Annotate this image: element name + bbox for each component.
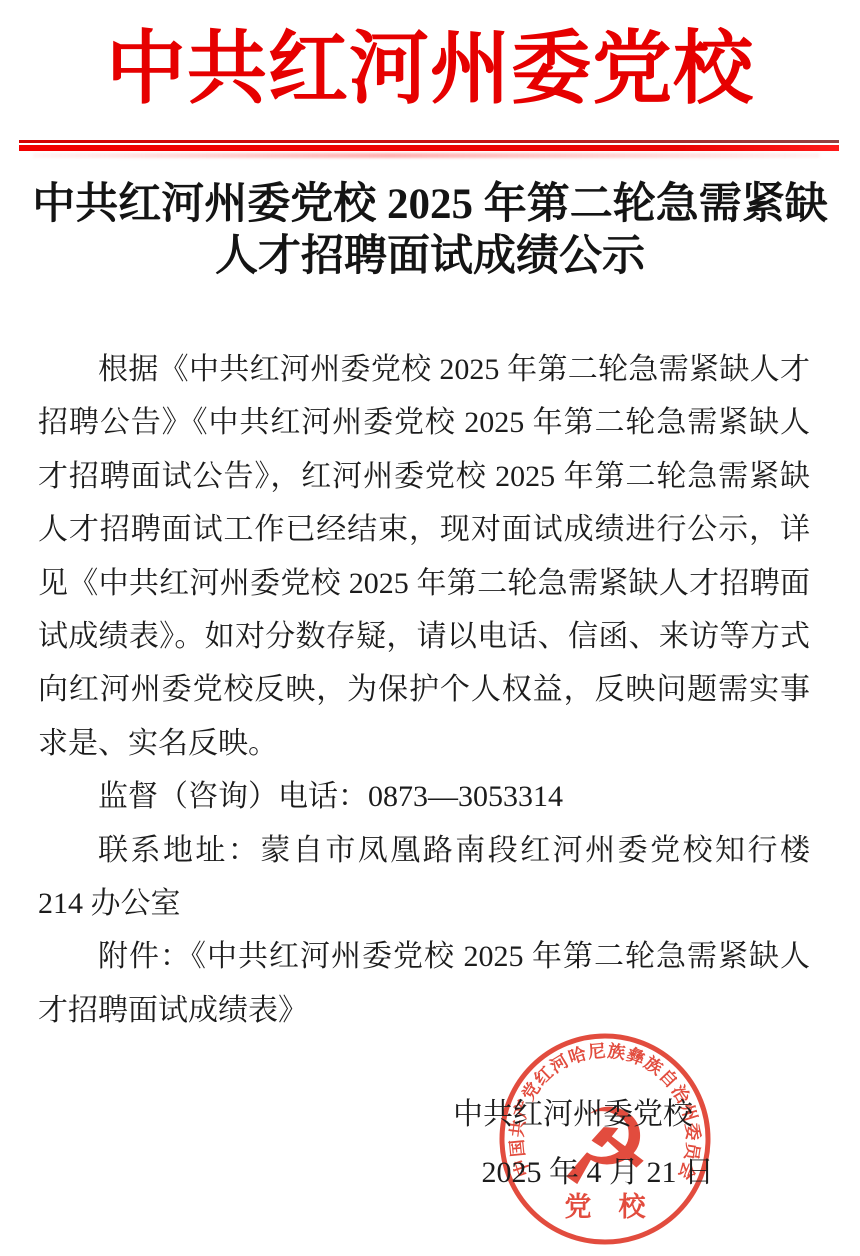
body-paragraph-phone: 监督（咨询）电话：0873—3053314 — [38, 770, 810, 823]
signature-org-name: 中共红河州委党校 — [453, 1100, 693, 1130]
official-seal: 中国共产党红河哈尼族彝族自治州委员会 ☭ 党 校 — [492, 1026, 718, 1252]
body-paragraph-attachment: 附件：《中共红河州委党校 2025 年第二轮急需紧缺人才招聘面试成绩表》 — [38, 930, 810, 1037]
red-divider-thick-line — [19, 145, 839, 151]
signature-date: 2025 年 4 月 21 日 — [482, 1158, 715, 1188]
document-title: 中共红河州委党校 2025 年第二轮急需紧缺 人才招聘面试成绩公示 — [0, 179, 860, 283]
body-paragraph-main: 根据《中共红河州委党校 2025 年第二轮急需紧缺人才招聘公告》《中共红河州委党… — [38, 343, 810, 770]
document-body: 根据《中共红河州委党校 2025 年第二轮急需紧缺人才招聘公告》《中共红河州委党… — [38, 343, 810, 1037]
body-paragraph-address: 联系地址：蒙自市凤凰路南段红河州委党校知行楼 214 办公室 — [38, 824, 810, 931]
red-divider-line — [19, 140, 839, 158]
document-title-line2: 人才招聘面试成绩公示 — [215, 233, 645, 280]
official-seal-graphic: 中国共产党红河哈尼族彝族自治州委员会 ☭ 党 校 — [492, 1026, 718, 1252]
letterhead-org-name: 中共红河州委党校 — [0, 30, 860, 110]
document-title-line1: 中共红河州委党校 2025 年第二轮急需紧缺 — [32, 181, 828, 228]
red-divider-reflection — [33, 153, 820, 158]
seal-bottom-text: 党 校 — [565, 1192, 647, 1222]
document-page: 中共红河州委党校 中共红河州委党校 2025 年第二轮急需紧缺 人才招聘面试成绩… — [0, 0, 860, 1256]
